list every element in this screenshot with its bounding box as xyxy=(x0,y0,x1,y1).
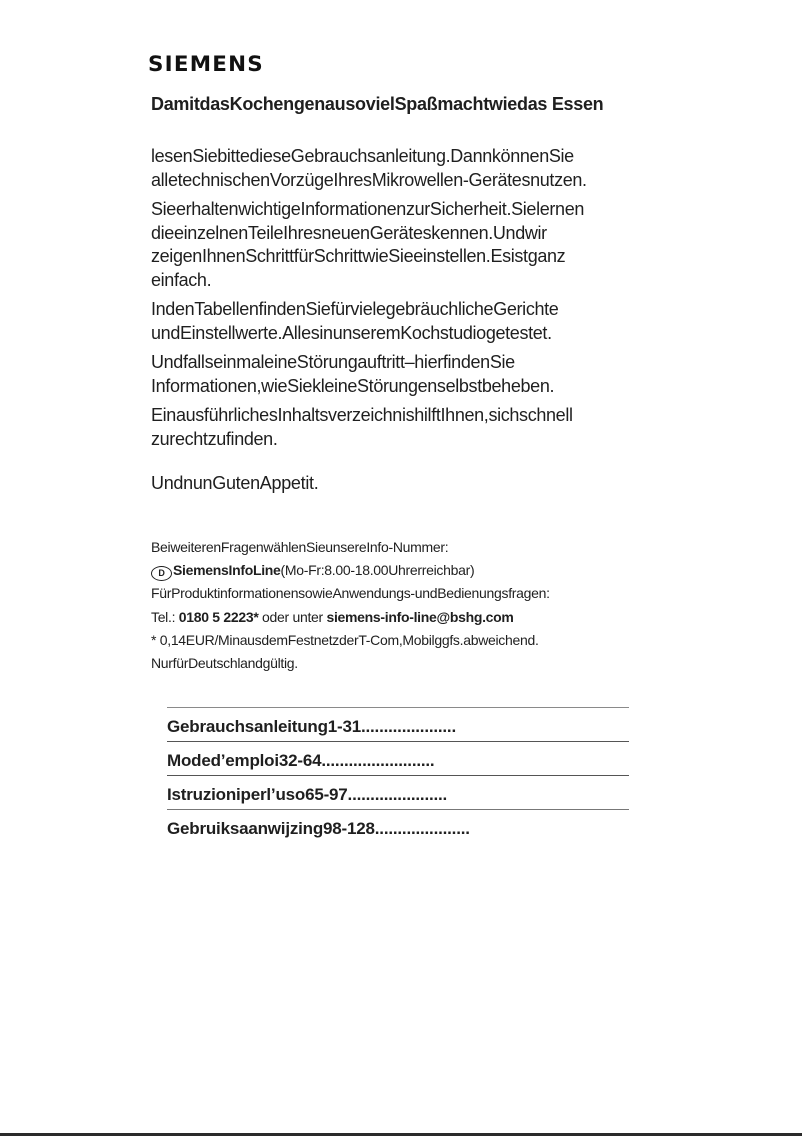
contact-purpose: FürProduktinformationensowieAnwendungs-u… xyxy=(151,582,621,605)
intro-paragraph: IndenTabellenfindenSiefürvielegebräuchli… xyxy=(151,298,621,345)
page-headline: DamitdasKochengenausovielSpaßmachtwiedas… xyxy=(151,93,621,116)
toc-item-german[interactable]: Gebrauchsanleitung1-31..................… xyxy=(167,708,629,742)
tel-number[interactable]: 0180 5 2223* xyxy=(179,609,259,625)
contact-info: BeiweiterenFragenwählenSieunsereInfo-Num… xyxy=(151,536,621,675)
table-of-contents: Gebrauchsanleitung1-31..................… xyxy=(167,707,629,844)
infoline-name: SiemensInfoLine xyxy=(173,562,281,578)
germany-country-badge-icon: D xyxy=(151,566,172,581)
tel-or-text: oder unter xyxy=(258,609,326,625)
siemens-logo: SIEMENS xyxy=(148,52,264,76)
toc-item-dutch[interactable]: Gebruiksaanwijzing98-128................… xyxy=(167,810,629,844)
closing-line: UndnunGutenAppetit. xyxy=(151,472,318,495)
validity-note: NurfürDeutschlandgültig. xyxy=(151,652,621,675)
price-footnote: * 0,14EUR/MinausdemFestnetzderT-Com,Mobi… xyxy=(151,629,621,652)
email-link[interactable]: siemens-info-line@bshg.com xyxy=(326,609,513,625)
toc-item-italian[interactable]: Istruzioniperl’uso65-97.................… xyxy=(167,776,629,810)
intro-paragraph: EinausführlichesInhaltsverzeichnishilftI… xyxy=(151,404,621,451)
intro-paragraph: lesenSiebittedieseGebrauchsanleitung.Dan… xyxy=(151,145,621,192)
tel-label: Tel.: xyxy=(151,609,179,625)
infoline-hours: (Mo-Fr:8.00-18.00Uhrerreichbar) xyxy=(281,562,475,578)
infoline-row: DSiemensInfoLine(Mo-Fr:8.00-18.00Uhrerre… xyxy=(151,559,621,582)
phone-row: Tel.: 0180 5 2223* oder unter siemens-in… xyxy=(151,606,621,629)
toc-item-french[interactable]: Moded’emploi32-64.......................… xyxy=(167,742,629,776)
contact-intro: BeiweiterenFragenwählenSieunsereInfo-Num… xyxy=(151,536,621,559)
intro-text: lesenSiebittedieseGebrauchsanleitung.Dan… xyxy=(151,145,621,457)
intro-paragraph: SieerhaltenwichtigeInformationenzurSiche… xyxy=(151,198,621,292)
intro-paragraph: UndfallseinmaleineStörungauftritt–hierfi… xyxy=(151,351,621,398)
